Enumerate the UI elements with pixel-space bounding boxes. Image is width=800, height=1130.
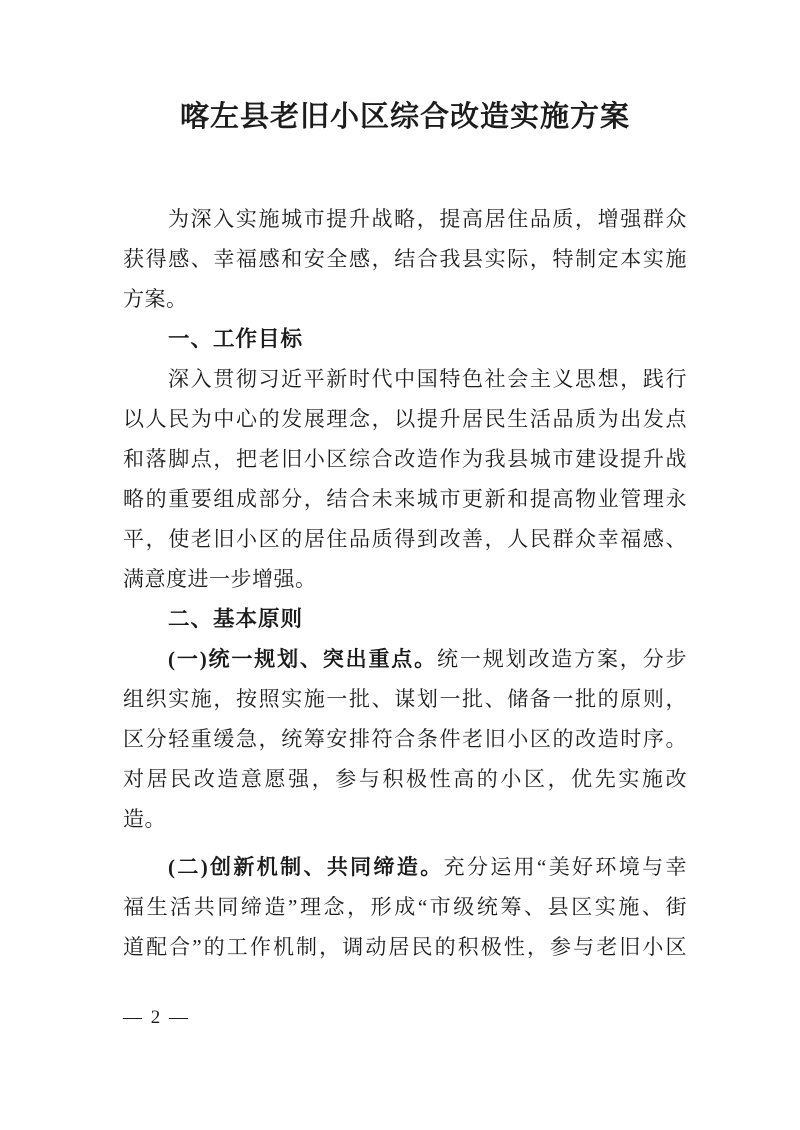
text-line: 组织实施，按照实施一批、谋划一批、储备一批的原则， <box>123 679 687 719</box>
text-line: 以人民为中心的发展理念，以提升居民生活品质为出发点 <box>123 399 687 439</box>
page-number: — 2 — <box>123 1005 190 1031</box>
text-line: 福生活共同缔造”理念，形成“市级统筹、县区实施、街 <box>123 887 687 927</box>
item1-first-line-rest: 统一规划改造方案，分步 <box>437 647 687 671</box>
text-line: 和落脚点，把老旧小区综合改造作为我县城市建设提升战 <box>123 439 687 479</box>
text-line: 方案。 <box>123 279 687 319</box>
text-line: 满意度进一步增强。 <box>123 559 687 599</box>
intro-paragraph: 为深入实施城市提升战略，提高居住品质，增强群众 获得感、幸福感和安全感，结合我县… <box>123 199 687 319</box>
text-line: 区分轻重缓急，统筹安排符合条件老旧小区的改造时序。 <box>123 719 687 759</box>
text-line: 获得感、幸福感和安全感，结合我县实际，特制定本实施 <box>123 239 687 279</box>
document-title: 喀左县老旧小区综合改造实施方案 <box>123 97 687 137</box>
text-line: (一)统一规划、突出重点。统一规划改造方案，分步 <box>123 639 687 679</box>
text-line: 对居民改造意愿强，参与积极性高的小区，优先实施改 <box>123 759 687 799</box>
text-line: 深入贯彻习近平新时代中国特色社会主义思想，践行 <box>123 359 687 399</box>
section1-paragraph: 深入贯彻习近平新时代中国特色社会主义思想，践行 以人民为中心的发展理念，以提升居… <box>123 359 687 599</box>
section-heading-work-goals: 一、工作目标 <box>123 319 687 359</box>
text-line: 略的重要组成部分，结合未来城市更新和提高物业管理永 <box>123 479 687 519</box>
document-content: 喀左县老旧小区综合改造实施方案 为深入实施城市提升战略，提高居住品质，增强群众 … <box>123 0 687 967</box>
text-line: 平，使老旧小区的居住品质得到改善，人民群众幸福感、 <box>123 519 687 559</box>
document-page: 喀左县老旧小区综合改造实施方案 为深入实施城市提升战略，提高居住品质，增强群众 … <box>0 0 800 1130</box>
text-line: 为深入实施城市提升战略，提高居住品质，增强群众 <box>123 199 687 239</box>
text-line: 道配合”的工作机制，调动居民的积极性，参与老旧小区 <box>123 927 687 967</box>
item2-first-line-rest: 充分运用“美好环境与幸 <box>444 855 687 879</box>
principle-item-2: (二)创新机制、共同缔造。充分运用“美好环境与幸 福生活共同缔造”理念，形成“市… <box>123 847 687 967</box>
item1-bold-lead: (一)统一规划、突出重点。 <box>168 647 437 671</box>
text-line: 造。 <box>123 799 687 839</box>
text-line: (二)创新机制、共同缔造。充分运用“美好环境与幸 <box>123 847 687 887</box>
item2-bold-lead: (二)创新机制、共同缔造。 <box>168 855 444 879</box>
section-heading-basic-principles: 二、基本原则 <box>123 599 687 639</box>
principle-item-1: (一)统一规划、突出重点。统一规划改造方案，分步 组织实施，按照实施一批、谋划一… <box>123 639 687 839</box>
